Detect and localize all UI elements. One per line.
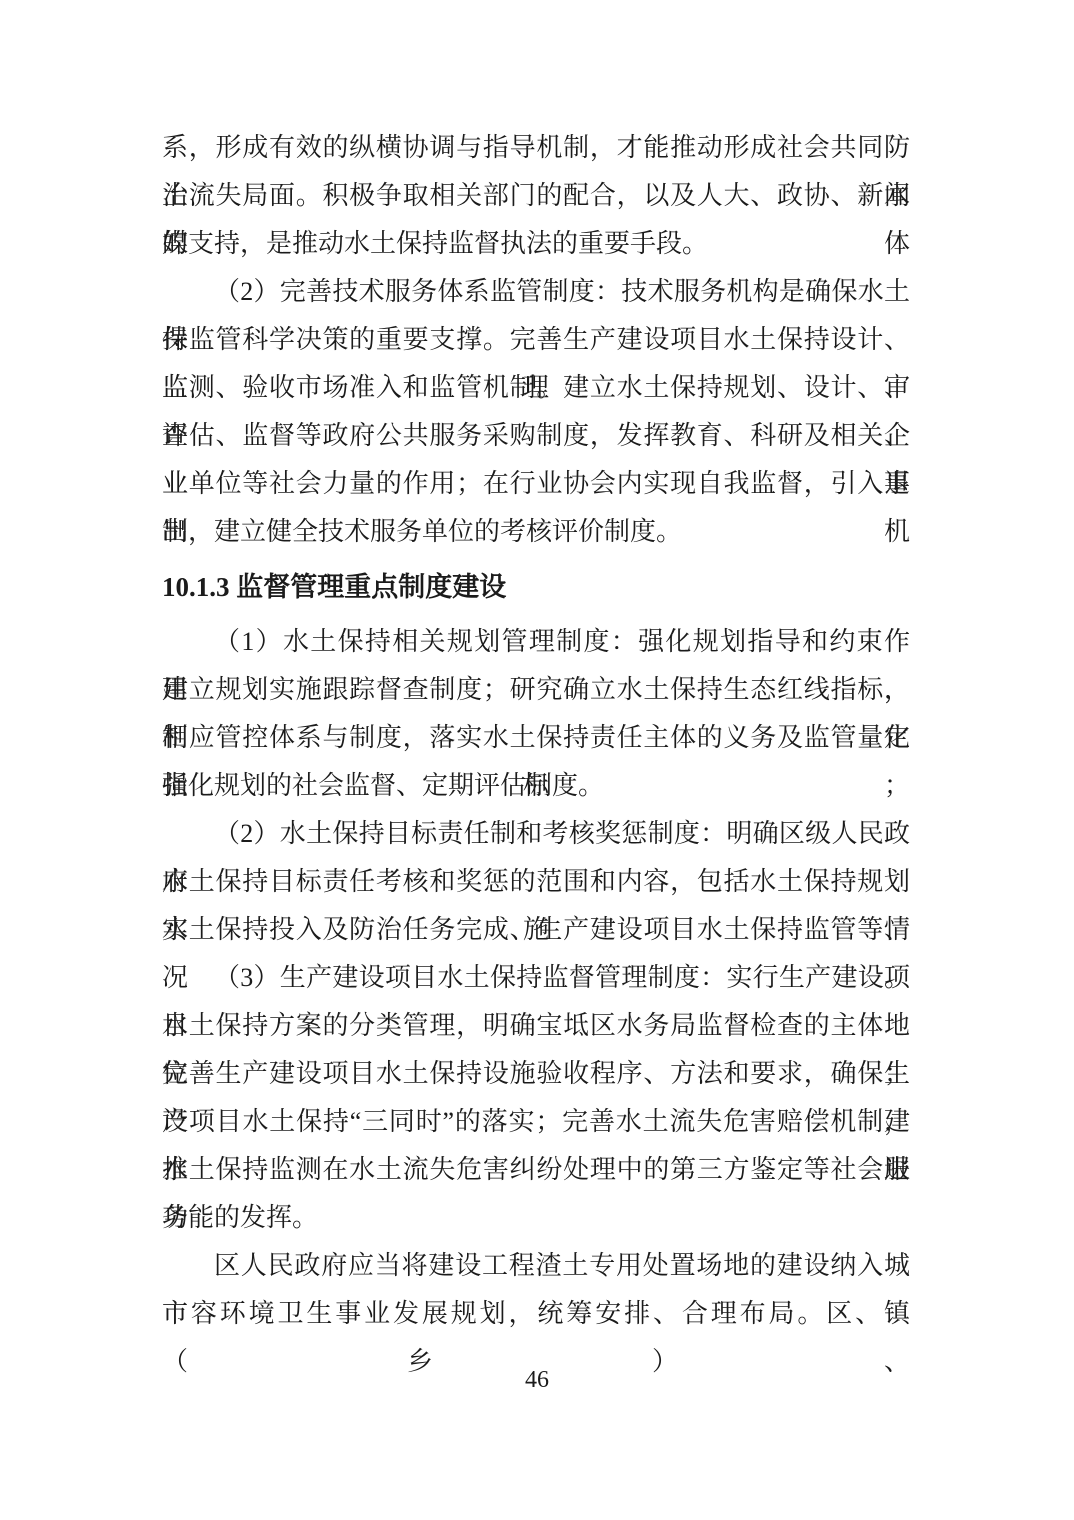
text-line: （3）生产建设项目水土保持监督管理制度：实行生产建设项目 bbox=[162, 954, 910, 1002]
text-line: 土流失局面。积极争取相关部门的配合，以及人大、政协、新闻媒体 bbox=[162, 172, 910, 220]
text-line: 设项目水土保持“三同时”的落实；完善水土流失危害赔偿机制，推进 bbox=[162, 1098, 910, 1146]
text-line: 持监管科学决策的重要支撑。完善生产建设项目水土保持设计、监理、 bbox=[162, 316, 910, 364]
text-line: 水土保持方案的分类管理，明确宝坻区水务局监督检查的主体地位； bbox=[162, 1002, 910, 1050]
text-line: 监测、验收市场准入和监管机制。建立水土保持规划、设计、审查、 bbox=[162, 364, 910, 412]
text-line: （1）水土保持相关规划管理制度：强化规划指导和约束作用， bbox=[162, 618, 910, 666]
text-line: 功能的发挥。 bbox=[162, 1194, 910, 1242]
text-line: 系，形成有效的纵横协调与指导机制，才能推动形成社会共同防治水 bbox=[162, 124, 910, 172]
text-line: 建立规划实施跟踪督查制度；研究确立水土保持生态红线指标，制定 bbox=[162, 666, 910, 714]
text-line: 完善生产建设项目水土保持设施验收程序、方法和要求，确保生产建 bbox=[162, 1050, 910, 1098]
text-line: 水土保持监测在水土流失危害纠纷处理中的第三方鉴定等社会服务 bbox=[162, 1146, 910, 1194]
text-line: （2）完善技术服务体系监管制度：技术服务机构是确保水土保 bbox=[162, 268, 910, 316]
text-block: 系，形成有效的纵横协调与指导机制，才能推动形成社会共同防治水土流失局面。积极争取… bbox=[162, 124, 910, 1338]
section-heading: 10.1.3 监督管理重点制度建设 bbox=[162, 556, 910, 618]
text-line: 市容环境卫生事业发展规划，统筹安排、合理布局。区、镇（乡）、 bbox=[162, 1290, 910, 1338]
text-line: 评估、监督等政府公共服务采购制度，发挥教育、科研及相关企业事 bbox=[162, 412, 910, 460]
text-line: 区人民政府应当将建设工程渣土专用处置场地的建设纳入城市 bbox=[162, 1242, 910, 1290]
text-line: （2）水土保持目标责任制和考核奖惩制度：明确区级人民政府 bbox=[162, 810, 910, 858]
text-line: 相应管控体系与制度，落实水土保持责任主体的义务及监管量化指标； bbox=[162, 714, 910, 762]
text-line: 水土保持目标责任考核和奖惩的范围和内容，包括水土保持规划实施、 bbox=[162, 858, 910, 906]
text-line: 业单位等社会力量的作用；在行业协会内实现自我监督，引入退出机 bbox=[162, 460, 910, 508]
text-line: 水土保持投入及防治任务完成、生产建设项目水土保持监管等情况。 bbox=[162, 906, 910, 954]
page-number: 46 bbox=[0, 1364, 1074, 1396]
document-page: 系，形成有效的纵横协调与指导机制，才能推动形成社会共同防治水土流失局面。积极争取… bbox=[0, 0, 1074, 1520]
